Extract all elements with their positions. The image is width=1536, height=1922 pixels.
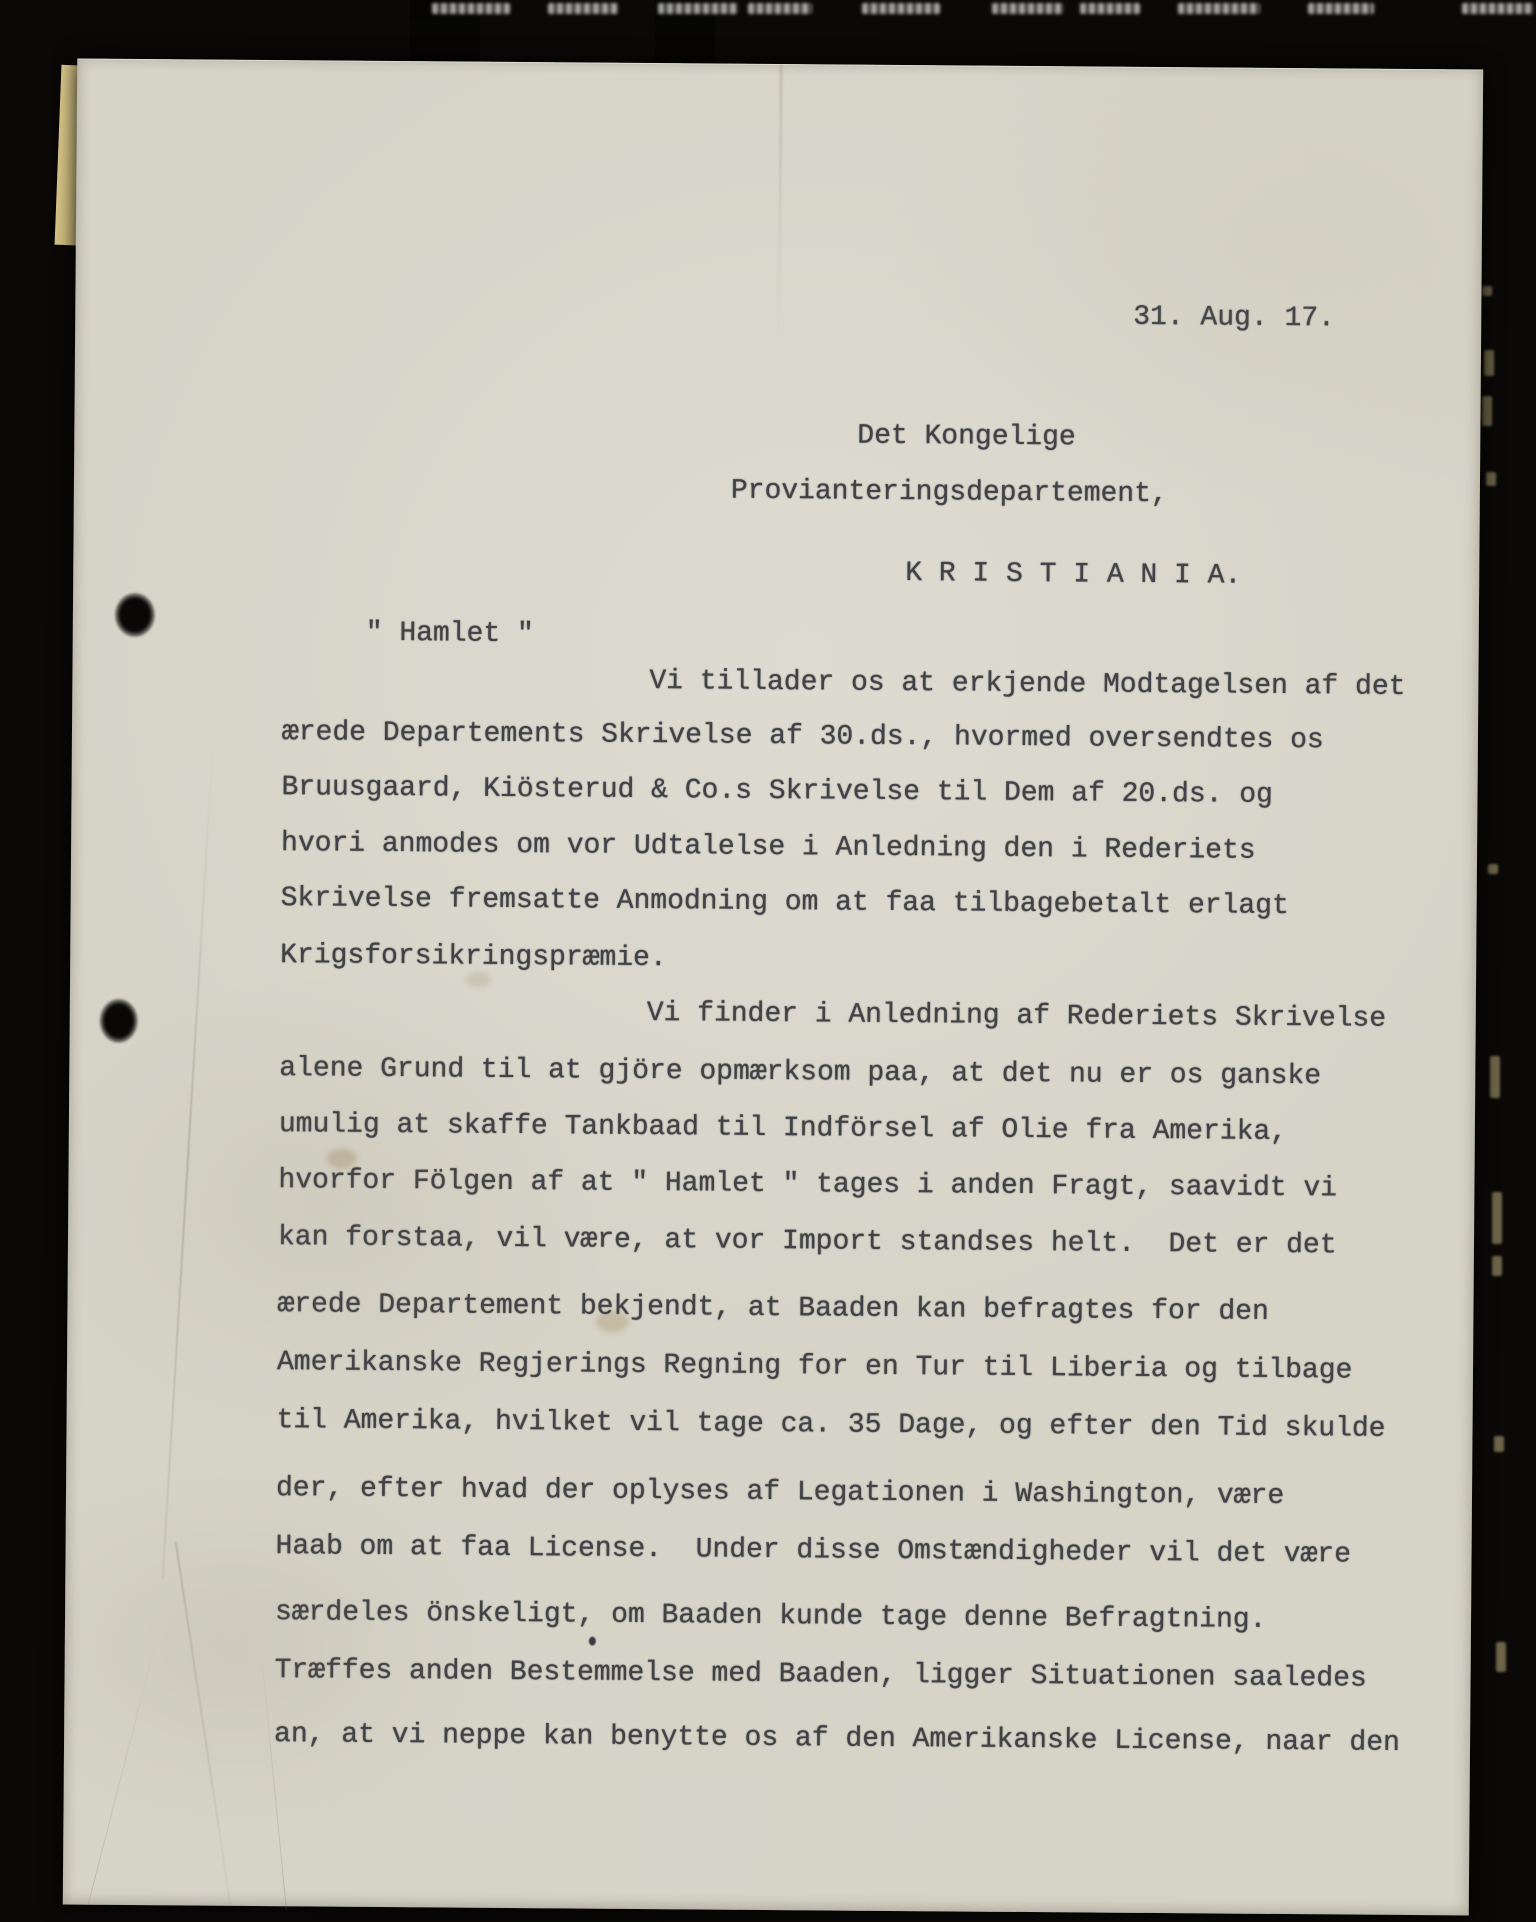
film-edge-marking-icon xyxy=(992,3,1064,14)
body-line: alene Grund til at gjöre opmærksom paa, … xyxy=(279,1052,1321,1094)
recipient-city: K R I S T I A N I A. xyxy=(905,557,1241,594)
film-edge-marking-icon xyxy=(548,3,618,14)
ink-dot xyxy=(589,1637,596,1646)
body-line: umulig at skaffe Tankbaad til Indförsel … xyxy=(279,1108,1287,1150)
film-edge-marking-icon xyxy=(658,3,738,14)
paper-crease xyxy=(162,750,214,1579)
body-line: Skrivelse fremsatte Anmodning om at faa … xyxy=(281,882,1289,924)
recipient-name-line2: Provianteringsdepartement, xyxy=(731,475,1168,512)
punch-hole xyxy=(115,593,155,637)
paper-crease xyxy=(88,1623,161,1904)
film-edge-marking-icon xyxy=(1496,1642,1506,1672)
film-edge-marking-icon xyxy=(1492,1256,1502,1276)
film-edge-marking-icon xyxy=(1308,3,1374,14)
body-line: ærede Departements Skrivelse af 30.ds., … xyxy=(282,716,1324,758)
scanned-letter-page: 31. Aug. 17. Det Kongelige Proviantering… xyxy=(0,0,1536,1922)
body-line: hvori anmodes om vor Udtalelse i Anledni… xyxy=(281,827,1256,869)
body-line: Haab om at faa License. Under disse Omst… xyxy=(275,1530,1351,1572)
film-edge-marking-icon xyxy=(1482,396,1492,426)
paper-crease xyxy=(175,1541,232,1907)
film-edge-marking-icon xyxy=(1482,286,1492,296)
body-line: der, efter hvad der oplyses af Legatione… xyxy=(276,1472,1284,1514)
film-edge-marking-icon xyxy=(1494,1436,1504,1452)
film-edge-marking-icon xyxy=(432,3,510,14)
letter-subject: " Hamlet " xyxy=(366,617,534,652)
body-line: til Amerika, hvilket vil tage ca. 35 Dag… xyxy=(276,1404,1385,1447)
body-line: kan forstaa, vil være, at vor Import sta… xyxy=(278,1221,1337,1263)
film-edge-marking-icon xyxy=(1490,1056,1500,1098)
punch-hole xyxy=(100,999,138,1043)
film-edge-marking-icon xyxy=(862,3,940,14)
body-line: Vi finder i Anledning af Rederiets Skriv… xyxy=(647,997,1387,1037)
film-edge-marking-icon xyxy=(1462,3,1534,14)
film-edge-marking-icon xyxy=(1492,1192,1502,1244)
recipient-name-line1: Det Kongelige xyxy=(857,420,1076,456)
body-line: ærede Departement bekjendt, at Baaden ka… xyxy=(277,1288,1269,1330)
body-line: særdeles önskeligt, om Baaden kunde tage… xyxy=(275,1596,1267,1638)
body-line: Bruusgaard, Kiösterud & Co.s Skrivelse t… xyxy=(281,771,1273,813)
paper-crease xyxy=(778,64,782,344)
paper-crease xyxy=(262,1661,287,1910)
film-edge-marking-icon xyxy=(1080,3,1140,14)
letter-date: 31. Aug. 17. xyxy=(1133,301,1335,337)
body-line: hvorfor Fölgen af at " Hamlet " tages i … xyxy=(278,1164,1337,1206)
body-line: Amerikanske Regjerings Regning for en Tu… xyxy=(277,1346,1353,1388)
film-edge-marking-icon xyxy=(748,3,812,14)
body-line: Krigsforsikringspræmie. xyxy=(280,939,667,976)
letter-paper: 31. Aug. 17. Det Kongelige Proviantering… xyxy=(63,59,1483,1916)
film-edge-marking-icon xyxy=(1484,350,1494,376)
body-line: an, at vi neppe kan benytte os af den Am… xyxy=(274,1718,1400,1761)
body-line: Træffes anden Bestemmelse med Baaden, li… xyxy=(274,1654,1366,1697)
film-edge-marking-icon xyxy=(1488,864,1498,874)
film-edge-marking-icon xyxy=(1486,472,1496,486)
body-line: Vi tillader os at erkjende Modtagelsen a… xyxy=(649,665,1405,705)
film-edge-marking-icon xyxy=(1178,3,1260,14)
